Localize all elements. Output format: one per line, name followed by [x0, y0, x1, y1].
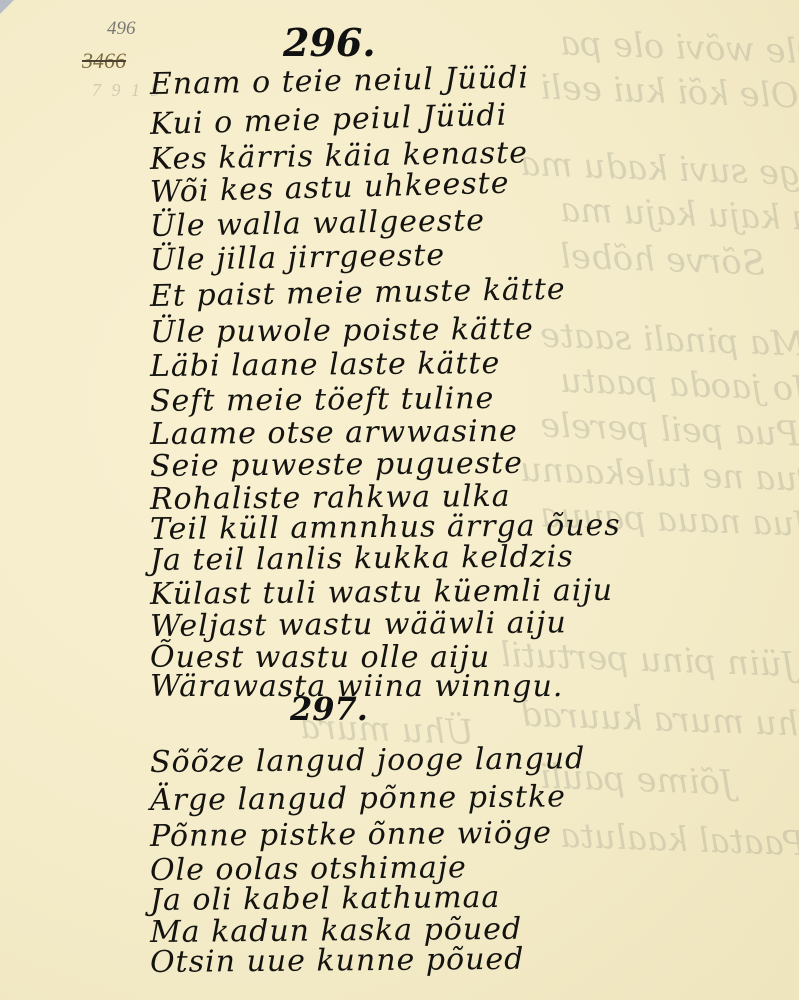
- poem-line: Otsin uue kunne põued: [150, 945, 525, 978]
- archive-number-crossed-out: 3466: [82, 48, 126, 74]
- poem-line: Ja oli kabel kathumaa: [150, 883, 501, 916]
- poem-line: Kui o meie peiul Jüüdi: [150, 101, 508, 140]
- page-corner-fold: [0, 0, 14, 14]
- poem-line: Et paist meie muste kätte: [150, 275, 566, 312]
- bleed-through-line: Pua peil perele: [539, 405, 799, 454]
- poem-line: Üle puwole poiste kätte: [150, 315, 534, 348]
- poem-line: Läbi laane laste kätte: [150, 349, 501, 382]
- poem-line: Wõi kes astu uhkeeste: [150, 169, 510, 208]
- poem-line: Seft meie töeft tuline: [150, 384, 495, 417]
- poem-line: Laame otse arwwasine: [150, 417, 518, 450]
- poem-number-297: 297.: [290, 690, 368, 728]
- bleed-through-line: Ole wõvi ole pa: [559, 23, 799, 72]
- poem-number-296: 296.: [283, 20, 376, 65]
- poem-line: Sõõze langud jooge langud: [150, 744, 586, 778]
- bleed-through-line: Sõõge suvi kadu ma: [519, 144, 799, 196]
- poem-line: Üle walla wallgeeste: [150, 206, 485, 242]
- archive-number-current: 496: [107, 18, 136, 40]
- poem-line: Weljast wastu wääwli aiju: [150, 608, 567, 642]
- bleed-through-line: Ole kõi kui eeli: [539, 67, 799, 116]
- poem-line: Põnne pistke õnne wiöge: [150, 818, 552, 852]
- bleed-through-line: Ma kaju kaju ma: [559, 190, 799, 240]
- poem-line: Enam o teie neiul Jüüdi: [150, 63, 529, 100]
- manuscript-page: Ole wõvi ole pa Ole kõi kui eeli Sõõge s…: [0, 0, 799, 1000]
- bleed-through-line: Sõrve hõbel: [559, 236, 766, 283]
- poem-line: Ja teil lanlis kukka keldzis: [150, 542, 574, 576]
- bleed-through-line: Paatal kaaluta: [559, 816, 799, 865]
- bleed-through-line: Pua ne tulekaanu: [519, 450, 799, 500]
- bleed-through-line: Ma pinali saate: [539, 315, 799, 364]
- bleed-through-line: Jo jaoda paatu: [559, 361, 799, 410]
- poem-line: Seie puweste pugueste: [150, 449, 523, 482]
- poem-line: Üle jilla jirrgeeste: [150, 241, 446, 276]
- poem-line: Ärge langud põnne pistke: [150, 782, 566, 816]
